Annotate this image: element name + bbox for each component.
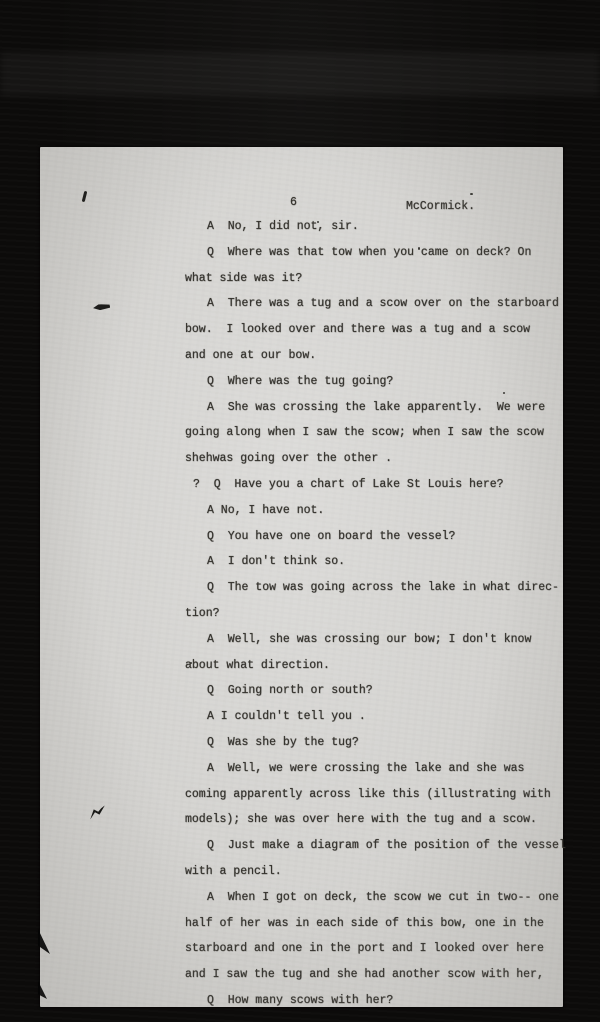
transcript-lines: A No, I did not, sir.Q Where was that to… — [185, 214, 570, 1014]
pencil-check-mark — [88, 805, 106, 819]
transcript-line: ? Q Have you a chart of Lake St Louis he… — [185, 472, 570, 498]
page-number: 6 — [290, 196, 297, 209]
transcript-line: A There was a tug and a scow over on the… — [185, 291, 570, 317]
transcript-line: going along when I saw the scow; when I … — [185, 420, 570, 446]
transcript-line: about what direction. — [185, 653, 570, 679]
photo-backdrop: 6 McCormick. A No, I did not, sir.Q Wher… — [0, 0, 600, 1022]
transcript-line: Q How many scows with her? — [185, 988, 570, 1014]
transcript-line: starboard and one in the port and I look… — [185, 936, 570, 962]
transcript-line: A No, I have not. — [185, 498, 570, 524]
transcript-line: A She was crossing the lake apparently. … — [185, 395, 570, 421]
transcript-line: Q Where was that tow when you came on de… — [185, 240, 570, 266]
pencil-arrow-mark — [93, 303, 111, 311]
dust-speck — [503, 392, 505, 394]
transcript-line: shehwas going over the other . — [185, 446, 570, 472]
transcript-line: Q The tow was going across the lake in w… — [185, 575, 570, 601]
transcript-line: A When I got on deck, the scow we cut in… — [185, 885, 570, 911]
transcript-line: Q Going north or south? — [185, 678, 570, 704]
page-edge-tear-mark — [38, 981, 47, 1005]
dust-speck — [470, 193, 473, 195]
transcript-line: A I couldn't tell you . — [185, 704, 570, 730]
transcript-line: A No, I did not, sir. — [185, 214, 570, 240]
scanned-transcript-page: 6 McCormick. A No, I did not, sir.Q Wher… — [40, 147, 563, 1007]
transcript-line: Q You have one on board the vessel? — [185, 524, 570, 550]
witness-name-header: McCormick. — [406, 200, 475, 213]
transcript-line: models); she was over here with the tug … — [185, 807, 570, 833]
page-edge-tear-mark — [38, 929, 50, 961]
dust-speck — [418, 247, 420, 250]
transcript-line: and I saw the tug and she had another sc… — [185, 962, 570, 988]
transcript-line: A Well, she was crossing our bow; I don'… — [185, 627, 570, 653]
transcript-line: bow. I looked over and there was a tug a… — [185, 317, 570, 343]
transcript-line: tion? — [185, 601, 570, 627]
transcript-line: A Well, we were crossing the lake and sh… — [185, 756, 570, 782]
transcript-line: Q Was she by the tug? — [185, 730, 570, 756]
transcript-line: half of her was in each side of this bow… — [185, 911, 570, 937]
transcript-line: Q Where was the tug going? — [185, 369, 570, 395]
transcript-line: coming apparently across like this (illu… — [185, 782, 570, 808]
transcript-line: with a pencil. — [185, 859, 570, 885]
pencil-tick-mark — [82, 191, 88, 202]
film-exposure-band — [0, 52, 600, 96]
dust-speck — [190, 662, 192, 664]
transcript-line: and one at our bow. — [185, 343, 570, 369]
transcript-line: Q Just make a diagram of the position of… — [185, 833, 570, 859]
transcript-line: A I don't think so. — [185, 549, 570, 575]
transcript-line: what side was it? — [185, 266, 570, 292]
dust-speck — [317, 221, 319, 223]
